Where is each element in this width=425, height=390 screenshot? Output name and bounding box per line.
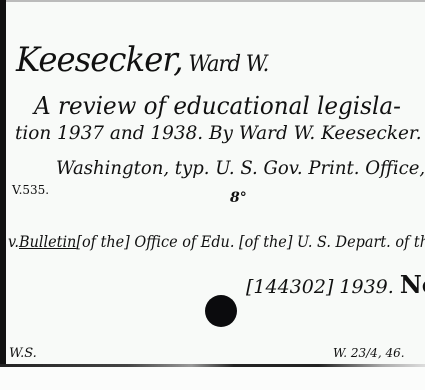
card-left-edge [0, 0, 6, 366]
card-top-edge [6, 0, 425, 2]
author-given-name: Ward W. [188, 52, 268, 77]
title-line-1: A review of educational legisla- [34, 92, 401, 120]
series-prefix: v. [8, 233, 19, 251]
series-line-1: v.Bulletin[of the] Office of Edu. [of th… [8, 233, 425, 251]
series-line-2: [144302] 1939. No.16. [246, 270, 425, 299]
tracing-left: W.S. [9, 346, 37, 361]
author-surname: Keesecker, [16, 40, 183, 80]
title-line-2: tion 1937 and 1938. By Ward W. Keesecker… [15, 122, 422, 144]
call-number: V.535. [12, 183, 49, 197]
series-bracket-number: [144302] [246, 276, 333, 298]
card-bottom-edge [0, 364, 425, 367]
series-rest: [of the] Office of Edu. [of the] U. S. D… [76, 233, 425, 251]
author-heading: Keesecker,Ward W. [16, 40, 268, 80]
series-title: Bulletin [19, 233, 76, 251]
size-note: 8° [230, 190, 247, 206]
catalog-card: Keesecker,Ward W. A review of educationa… [0, 0, 425, 366]
series-number: No.16. [400, 270, 425, 299]
punch-hole [205, 295, 237, 327]
tracing-right: W. 23/4, 46. [333, 346, 405, 360]
imprint-line: Washington, typ. U. S. Gov. Print. Offic… [56, 157, 425, 179]
series-year: 1939. [339, 276, 393, 298]
